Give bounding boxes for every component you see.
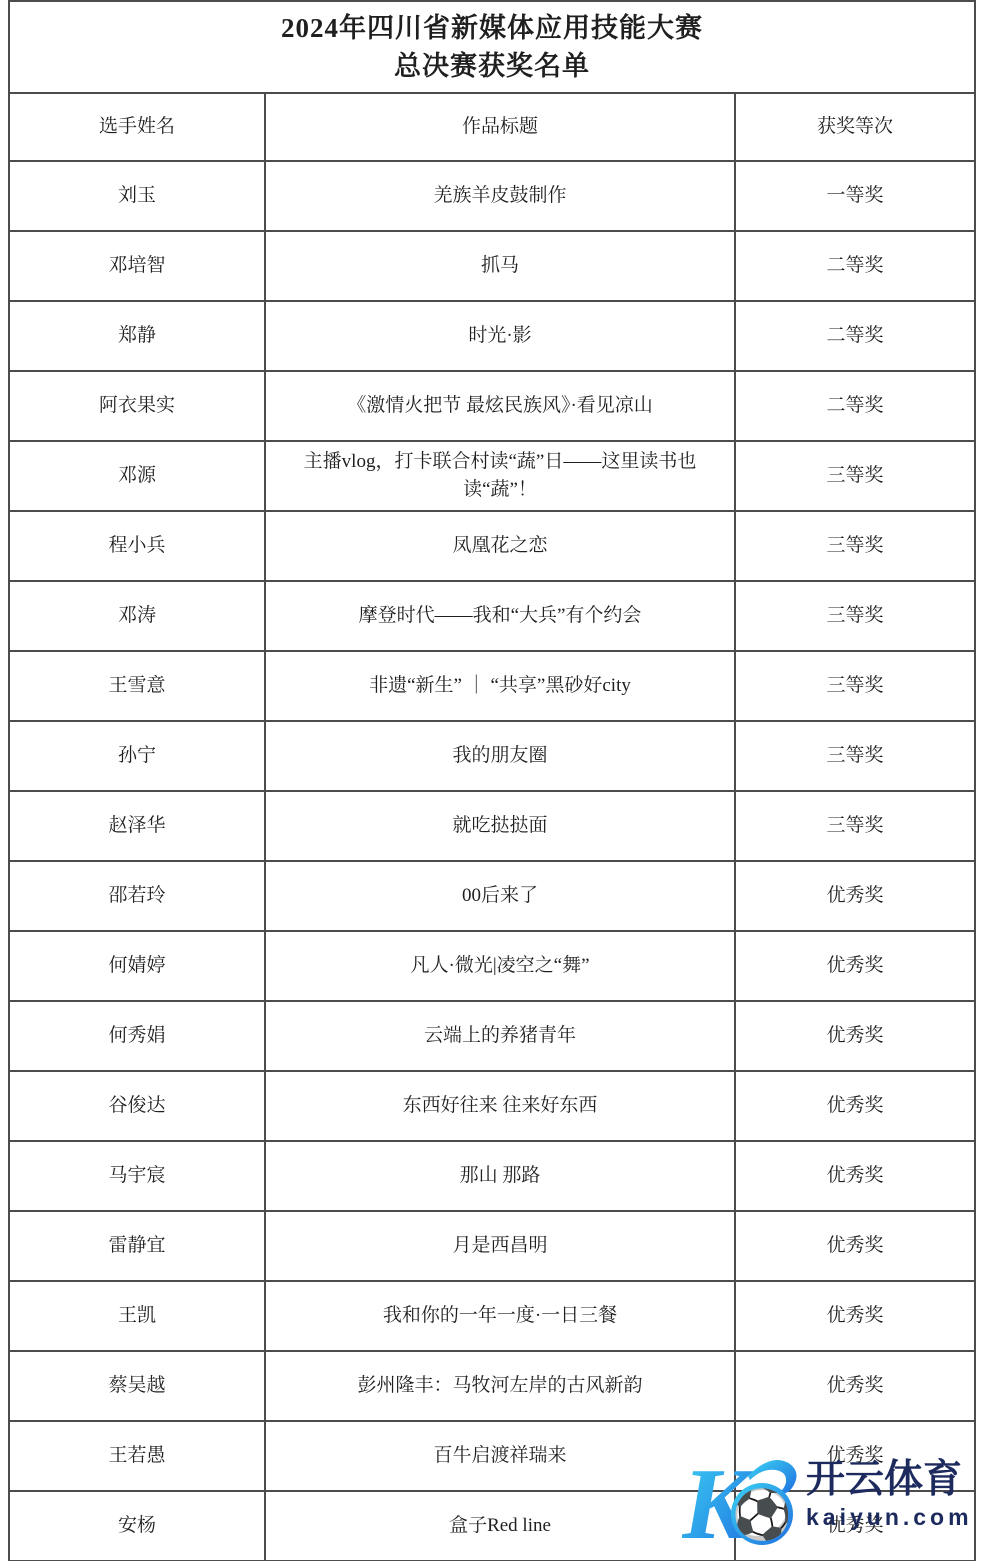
work-title-cell: 我的朋友圈	[265, 721, 735, 791]
page: 2024年四川省新媒体应用技能大赛 总决赛获奖名单 选手姓名 作品标题 获奖等次…	[0, 0, 982, 1561]
contestant-name-cell: 阿衣果实	[9, 371, 265, 441]
work-title-cell: 时光·影	[265, 301, 735, 371]
column-header-award-level: 获奖等次	[735, 93, 975, 161]
contestant-name-cell: 程小兵	[9, 511, 265, 581]
award-level-cell: 优秀奖	[735, 1351, 975, 1421]
award-level-cell: 三等奖	[735, 581, 975, 651]
table-row: 程小兵 凤凰花之恋 三等奖	[9, 511, 975, 581]
work-title-cell: 《激情火把节 最炫民族风》·看见凉山	[265, 371, 735, 441]
contestant-name-cell: 谷俊达	[9, 1071, 265, 1141]
contestant-name-cell: 邵若玲	[9, 861, 265, 931]
table-row: 邵若玲 00后来了 优秀奖	[9, 861, 975, 931]
award-level-cell: 三等奖	[735, 721, 975, 791]
table-row: 刘玉 羌族羊皮鼓制作 一等奖	[9, 161, 975, 231]
award-level-cell: 优秀奖	[735, 861, 975, 931]
award-level-cell: 优秀奖	[735, 931, 975, 1001]
work-title-cell: 百牛启渡祥瑞来	[265, 1421, 735, 1491]
award-level-cell: 二等奖	[735, 371, 975, 441]
contestant-name-cell: 蔡吴越	[9, 1351, 265, 1421]
award-level-cell: 三等奖	[735, 791, 975, 861]
table-row: 谷俊达 东西好往来 往来好东西 优秀奖	[9, 1071, 975, 1141]
table-row: 邓源 主播vlog，打卡联合村读“蔬”日——这里读书也读“蔬”！ 三等奖	[9, 441, 975, 511]
table-row: 赵泽华 就吃挞挞面 三等奖	[9, 791, 975, 861]
work-title-cell: 主播vlog，打卡联合村读“蔬”日——这里读书也读“蔬”！	[265, 441, 735, 511]
award-level-cell: 优秀奖	[735, 1491, 975, 1561]
work-title-cell: 非遗“新生” ｜ “共享”黑砂好city	[265, 651, 735, 721]
work-title-cell: 抓马	[265, 231, 735, 301]
contestant-name-cell: 马宇宸	[9, 1141, 265, 1211]
table-row: 邓涛 摩登时代——我和“大兵”有个约会 三等奖	[9, 581, 975, 651]
award-table: 2024年四川省新媒体应用技能大赛 总决赛获奖名单 选手姓名 作品标题 获奖等次…	[8, 0, 976, 1561]
work-title-cell: 00后来了	[265, 861, 735, 931]
work-title-cell: 月是西昌明	[265, 1211, 735, 1281]
contestant-name-cell: 赵泽华	[9, 791, 265, 861]
award-level-cell: 三等奖	[735, 511, 975, 581]
award-level-cell: 优秀奖	[735, 1281, 975, 1351]
title-line-2: 总决赛获奖名单	[16, 47, 968, 85]
contestant-name-cell: 邓培智	[9, 231, 265, 301]
document-title: 2024年四川省新媒体应用技能大赛 总决赛获奖名单	[9, 1, 975, 93]
table-row: 王凯 我和你的一年一度·一日三餐 优秀奖	[9, 1281, 975, 1351]
contestant-name-cell: 雷静宜	[9, 1211, 265, 1281]
table-body: 刘玉 羌族羊皮鼓制作 一等奖 邓培智 抓马 二等奖 郑静 时光·影 二等奖 阿衣…	[9, 161, 975, 1561]
award-level-cell: 优秀奖	[735, 1071, 975, 1141]
table-row: 何婧婷 凡人·微光|凌空之“舞” 优秀奖	[9, 931, 975, 1001]
award-level-cell: 二等奖	[735, 301, 975, 371]
work-title-cell: 东西好往来 往来好东西	[265, 1071, 735, 1141]
table-row: 王雪意 非遗“新生” ｜ “共享”黑砂好city 三等奖	[9, 651, 975, 721]
table-row: 邓培智 抓马 二等奖	[9, 231, 975, 301]
table-row: 阿衣果实 《激情火把节 最炫民族风》·看见凉山 二等奖	[9, 371, 975, 441]
contestant-name-cell: 郑静	[9, 301, 265, 371]
title-row: 2024年四川省新媒体应用技能大赛 总决赛获奖名单	[9, 1, 975, 93]
work-title-cell: 就吃挞挞面	[265, 791, 735, 861]
table-row: 马宇宸 那山 那路 优秀奖	[9, 1141, 975, 1211]
work-title-cell: 凡人·微光|凌空之“舞”	[265, 931, 735, 1001]
work-title-cell: 那山 那路	[265, 1141, 735, 1211]
contestant-name-cell: 王若愚	[9, 1421, 265, 1491]
title-line-1: 2024年四川省新媒体应用技能大赛	[16, 9, 968, 47]
header-row: 选手姓名 作品标题 获奖等次	[9, 93, 975, 161]
work-title-cell: 彭州隆丰：马牧河左岸的古风新韵	[265, 1351, 735, 1421]
contestant-name-cell: 邓源	[9, 441, 265, 511]
work-title-cell: 盒子Red line	[265, 1491, 735, 1561]
table-row: 孙宁 我的朋友圈 三等奖	[9, 721, 975, 791]
award-level-cell: 优秀奖	[735, 1211, 975, 1281]
work-title-cell: 摩登时代——我和“大兵”有个约会	[265, 581, 735, 651]
contestant-name-cell: 何婧婷	[9, 931, 265, 1001]
contestant-name-cell: 安杨	[9, 1491, 265, 1561]
award-level-cell: 三等奖	[735, 651, 975, 721]
work-title-cell: 云端上的养猪青年	[265, 1001, 735, 1071]
contestant-name-cell: 王雪意	[9, 651, 265, 721]
table-row: 王若愚 百牛启渡祥瑞来 优秀奖	[9, 1421, 975, 1491]
table-row: 郑静 时光·影 二等奖	[9, 301, 975, 371]
contestant-name-cell: 刘玉	[9, 161, 265, 231]
award-level-cell: 三等奖	[735, 441, 975, 511]
table-row: 蔡吴越 彭州隆丰：马牧河左岸的古风新韵 优秀奖	[9, 1351, 975, 1421]
award-level-cell: 优秀奖	[735, 1141, 975, 1211]
award-level-cell: 优秀奖	[735, 1001, 975, 1071]
table-row: 雷静宜 月是西昌明 优秀奖	[9, 1211, 975, 1281]
contestant-name-cell: 孙宁	[9, 721, 265, 791]
column-header-work-title: 作品标题	[265, 93, 735, 161]
contestant-name-cell: 王凯	[9, 1281, 265, 1351]
work-title-cell: 羌族羊皮鼓制作	[265, 161, 735, 231]
contestant-name-cell: 何秀娟	[9, 1001, 265, 1071]
column-header-contestant-name: 选手姓名	[9, 93, 265, 161]
award-level-cell: 一等奖	[735, 161, 975, 231]
award-level-cell: 优秀奖	[735, 1421, 975, 1491]
work-title-cell: 凤凰花之恋	[265, 511, 735, 581]
table-row: 安杨 盒子Red line 优秀奖	[9, 1491, 975, 1561]
table-row: 何秀娟 云端上的养猪青年 优秀奖	[9, 1001, 975, 1071]
contestant-name-cell: 邓涛	[9, 581, 265, 651]
work-title-cell: 我和你的一年一度·一日三餐	[265, 1281, 735, 1351]
award-level-cell: 二等奖	[735, 231, 975, 301]
